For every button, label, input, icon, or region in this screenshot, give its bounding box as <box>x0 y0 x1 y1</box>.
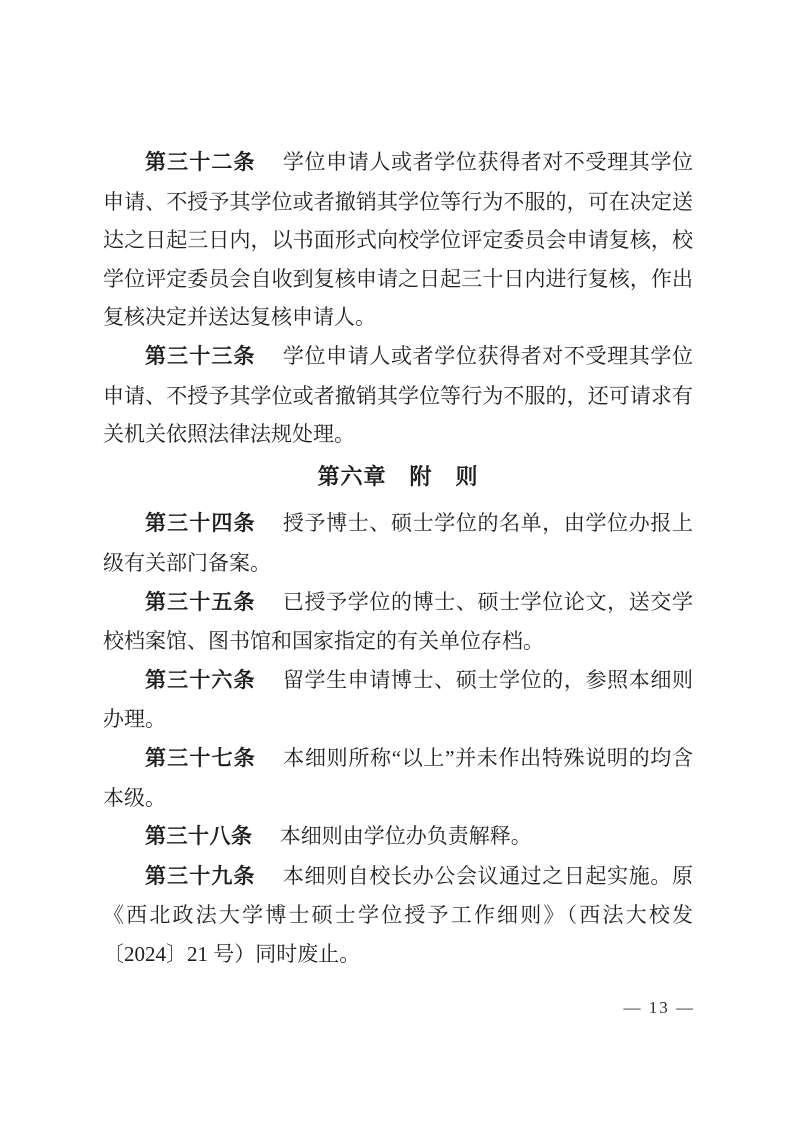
article-39: 第三十九条本细则自校长办公会议通过之日起实施。原《西北政法大学博士硕士学位授予工… <box>103 857 693 974</box>
article-38-text: 本细则由学位办负责解释。 <box>280 824 532 848</box>
document-page: 第三十二条学位申请人或者学位获得者对不受理其学位申请、不授予其学位或者撤销其学位… <box>0 0 793 1122</box>
article-36: 第三十六条留学生申请博士、硕士学位的，参照本细则办理。 <box>103 661 693 739</box>
article-33-label: 第三十三条 <box>145 345 256 368</box>
article-37: 第三十七条本细则所称“以上”并未作出特殊说明的均含本级。 <box>103 739 693 817</box>
page-number: — 13 — <box>624 998 696 1017</box>
article-34: 第三十四条授予博士、硕士学位的名单，由学位办报上级有关部门备案。 <box>103 504 693 582</box>
article-32-text: 学位申请人或者学位获得者对不受理其学位申请、不授予其学位或者撤销其学位等行为不服… <box>103 150 693 329</box>
article-39-label: 第三十九条 <box>145 865 256 888</box>
article-34-label: 第三十四条 <box>145 512 256 535</box>
article-32: 第三十二条学位申请人或者学位获得者对不受理其学位申请、不授予其学位或者撤销其学位… <box>103 143 693 337</box>
article-35: 第三十五条已授予学位的博士、硕士学位论文，送交学校档案馆、图书馆和国家指定的有关… <box>103 583 693 661</box>
article-37-label: 第三十七条 <box>145 747 256 770</box>
article-35-label: 第三十五条 <box>145 591 256 614</box>
article-36-label: 第三十六条 <box>145 669 256 692</box>
article-33: 第三十三条学位申请人或者学位获得者对不受理其学位申请、不授予其学位或者撤销其学位… <box>103 337 693 454</box>
article-38: 第三十八条本细则由学位办负责解释。 <box>103 817 693 857</box>
document-body: 第三十二条学位申请人或者学位获得者对不受理其学位申请、不授予其学位或者撤销其学位… <box>103 143 693 973</box>
article-38-label: 第三十八条 <box>145 825 253 848</box>
article-32-label: 第三十二条 <box>145 151 256 174</box>
page-footer: — 13 — <box>624 998 696 1018</box>
chapter-heading: 第六章 附 则 <box>103 458 693 497</box>
